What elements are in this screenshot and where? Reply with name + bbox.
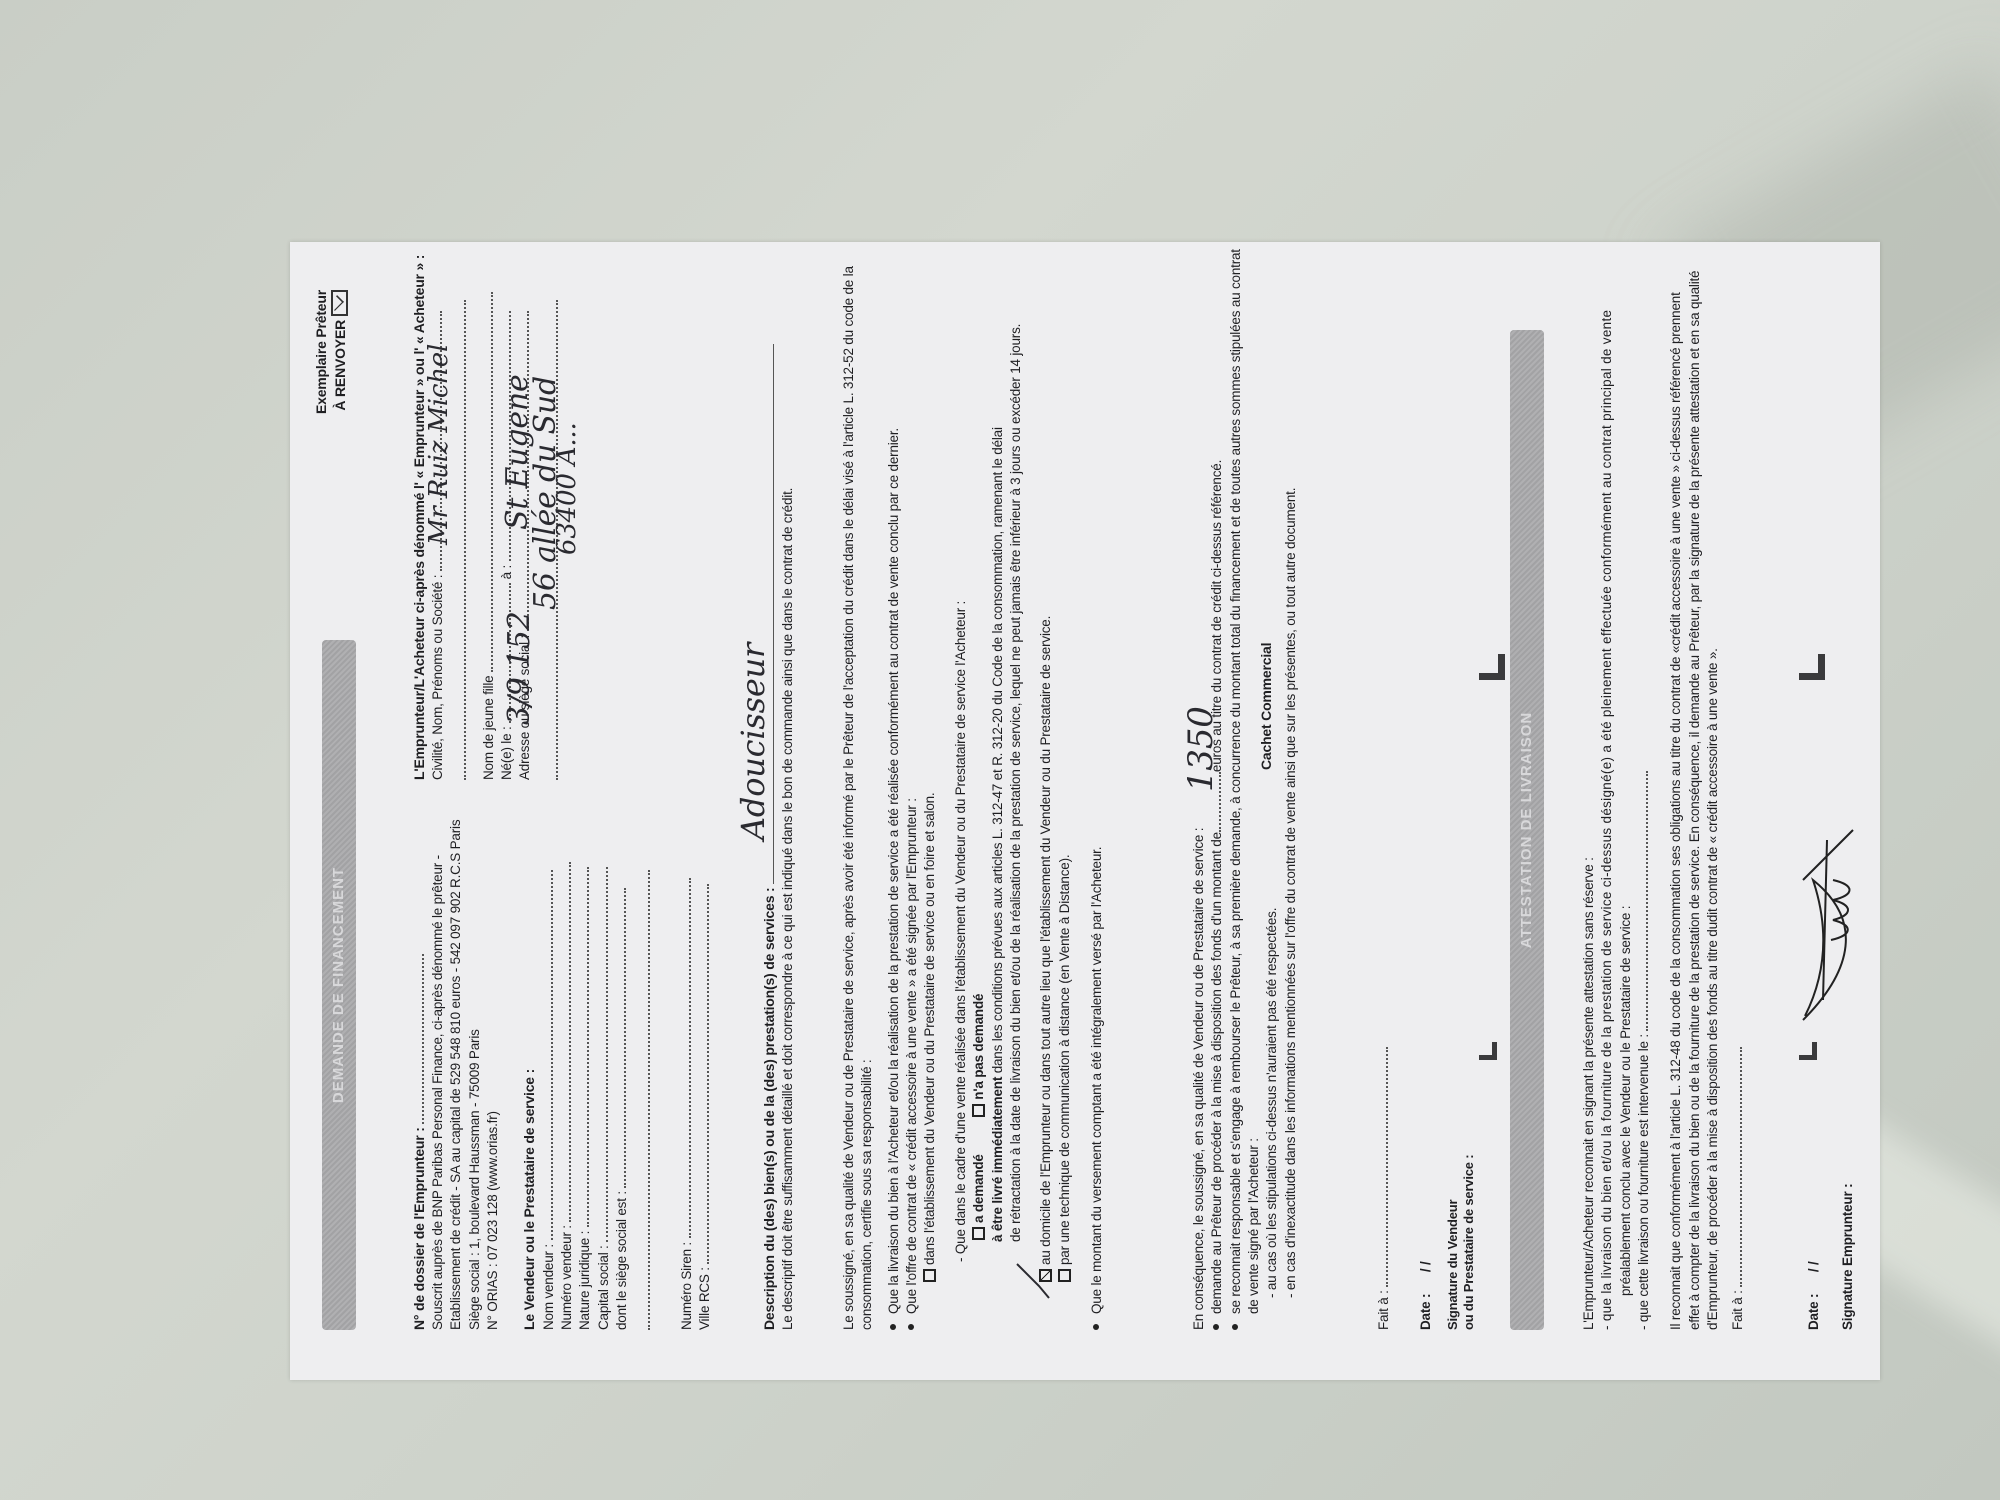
- dossier-number-field[interactable]: N° de dossier de l'Emprunteur :: [410, 830, 429, 1330]
- vendor-signature-block: Fait à : Date : / / Signature du Vendeur…: [1375, 270, 1575, 1330]
- banner-demande-financement: DEMANDE DE FINANCEMENT: [322, 640, 356, 1330]
- vendor-name-field[interactable]: Nom vendeur :: [540, 830, 558, 1330]
- vendor-heading: Le Vendeur ou le Prestataire de service …: [520, 830, 539, 1330]
- copy-label: Exemplaire Prêteur À RENVOYER: [312, 290, 350, 590]
- funds-request-line: demande au Prêteur de procéder à la mise…: [1208, 270, 1226, 1330]
- bullet-icon: [1093, 1324, 1099, 1330]
- bullet-text: Que le montant du versement comptant a é…: [1089, 847, 1104, 1314]
- vendor-number-field[interactable]: Numéro vendeur :: [558, 830, 576, 1330]
- copy-label-line-2: À RENVOYER: [331, 290, 350, 590]
- certification-intro-2: consommation, certifie sous sa responsab…: [858, 270, 876, 1330]
- dotted-line: [624, 888, 626, 1188]
- certification-bullet-2: Que l'offre de contrat de « crédit acces…: [903, 270, 921, 1330]
- lender-line-2: Etablissement de crédit - SA au capital …: [447, 830, 465, 1330]
- checkbox-a-demande[interactable]: [972, 1227, 985, 1240]
- civility-label: Civilité, Nom, Prénoms ou Société :: [430, 575, 445, 780]
- dossier-block: N° de dossier de l'Emprunteur : Souscrit…: [410, 830, 714, 1330]
- dossier-number-label: N° de dossier de l'Emprunteur :: [411, 1127, 427, 1330]
- handwritten-name: Mr Ruiz Michel: [422, 344, 457, 545]
- certification-bullet-3: Que le montant du versement comptant a é…: [1088, 270, 1106, 1330]
- liability-text-2: de vente signé par l'Acheteur :: [1245, 270, 1263, 1330]
- vendor-date-field[interactable]: Date : / /: [1417, 1261, 1435, 1330]
- head-office-label: dont le siège social est :: [614, 1191, 629, 1330]
- dotted-line: [464, 300, 466, 780]
- dotted-line: [606, 867, 608, 1242]
- dotted-line: [1386, 1047, 1388, 1287]
- description-block: Description du (des) bien(s) ou de la (d…: [760, 290, 797, 1330]
- fait-a-label: Fait à :: [1730, 1290, 1745, 1330]
- immediate-delivery-line-1: à être livré immédiatement dans les cond…: [989, 270, 1007, 1330]
- delivery-paragraph-3: d'Emprunteur, de procéder à la mise à di…: [1704, 260, 1722, 1330]
- description-label: Description du (des) bien(s) ou de la (d…: [761, 888, 777, 1330]
- funds-request-text: demande au Prêteur de procéder à la mise…: [1209, 832, 1224, 1314]
- dotted-line: [707, 884, 709, 1264]
- checkbox-distance[interactable]: [1058, 1269, 1071, 1282]
- establishment-sub-heading: - Que dans le cadre d'une vente réalisée…: [952, 270, 970, 1330]
- option-label: n'a pas demandé: [971, 994, 986, 1100]
- signature-corner-mark: [1479, 1042, 1497, 1060]
- delivery-item-1b: préalablement conclu avec le Vendeur ou …: [1617, 260, 1635, 1330]
- signature-corner-mark: [1799, 654, 1825, 680]
- siren-label: Numéro Siren :: [679, 1242, 694, 1330]
- dotted-line: [689, 878, 691, 1238]
- stamp-label: Cachet Commercial: [1257, 643, 1276, 770]
- dotted-line: [551, 870, 553, 1240]
- document-photo: DEMANDE DE FINANCEMENT Exemplaire Prêteu…: [290, 242, 1880, 1380]
- birth-date-label: Né(e) le :: [499, 726, 514, 780]
- dotted-line: [648, 870, 650, 1330]
- envelope-icon: [331, 290, 348, 316]
- delivery-intro: L'Emprunteur/Acheteur reconnait en signa…: [1580, 260, 1598, 1330]
- dotted-line: [569, 862, 571, 1222]
- certification-bullet-1: Que la livraison du bien à l'Acheteur et…: [885, 270, 903, 1330]
- borrower-signature-block: Date : / / Signature Emprunteur :: [1805, 270, 1875, 1330]
- share-capital-field[interactable]: Capital social :: [595, 830, 613, 1330]
- dotted-line: [587, 867, 589, 1227]
- description-note: Le descriptif doit être suffisamment dét…: [779, 290, 797, 1330]
- option-label: au domicile de l'Emprunteur ou dans tout…: [1038, 616, 1053, 1265]
- bullet-icon: [1232, 1324, 1238, 1330]
- delivery-paragraph-2: effet à compter de la livraison du bien …: [1686, 260, 1704, 1330]
- handwritten-amount: 1350: [1178, 706, 1224, 792]
- immediate-delivery-bold: à être livré immédiatement: [990, 1077, 1005, 1242]
- copy-label-line-1: Exemplaire Prêteur: [312, 290, 331, 590]
- vendor-signature-label: Signature du Vendeur ou du Prestataire d…: [1445, 1155, 1476, 1330]
- legal-nature-field[interactable]: Nature juridique :: [576, 830, 594, 1330]
- lender-line-4: N° ORIAS : 07 023 128 (www.orias.fr): [484, 830, 502, 1330]
- siren-field[interactable]: Numéro Siren :: [678, 830, 696, 1330]
- checkbox-na-pas-demande[interactable]: [972, 1104, 985, 1117]
- financing-request-form: DEMANDE DE FINANCEMENT Exemplaire Prêteu…: [290, 242, 1880, 1380]
- option-label: a demandé: [971, 1154, 986, 1223]
- maiden-name-label: Nom de jeune fille: [481, 676, 496, 780]
- consequence-block: En conséquence, le soussigné, en sa qual…: [1190, 270, 1300, 1330]
- borrower-signature-label: Signature Emprunteur :: [1839, 1184, 1857, 1330]
- certification-intro-1: Le soussigné, en sa qualité de Vendeur o…: [840, 270, 858, 1330]
- delivery-paragraph-1: Il reconnait que conformément à l'articl…: [1667, 260, 1685, 1330]
- dotted-line: [1740, 1047, 1742, 1287]
- delivery-date-field[interactable]: - que cette livraison ou fourniture est …: [1635, 260, 1653, 1330]
- vendor-name-label: Nom vendeur :: [541, 1244, 556, 1330]
- option-home[interactable]: au domicile de l'Emprunteur ou dans tout…: [1037, 270, 1055, 1330]
- handwritten-description: Adoucisseur: [732, 643, 776, 840]
- signature-corner-mark: [1479, 654, 1505, 680]
- handwritten-address-2: 63400 A...: [550, 422, 585, 555]
- delivery-item-1: - que la livraison du bien et/ou la four…: [1598, 260, 1616, 1330]
- delivery-date-label: - que cette livraison ou fourniture est …: [1636, 1034, 1651, 1330]
- date-separators: / /: [1418, 1261, 1433, 1272]
- handwritten-birth-date: 3/9 152: [500, 611, 541, 725]
- option-na-pas-demande[interactable]: n'a pas demandé: [971, 994, 986, 1117]
- dotted-line: [1646, 771, 1648, 1031]
- borrower-place-field[interactable]: Fait à :: [1729, 260, 1747, 1330]
- borrower-date-field[interactable]: Date : / /: [1805, 1261, 1823, 1330]
- dotted-line: [491, 292, 493, 672]
- option-establishment[interactable]: dans l'établissement du Vendeur ou du Pr…: [921, 270, 939, 1330]
- option-distance[interactable]: par une technique de communication à dis…: [1056, 270, 1074, 1330]
- banner-attestation-livraison: ATTESTATION DE LIVRAISON: [1510, 330, 1544, 1330]
- immediate-delivery-text: dans les conditions prévues aux articles…: [990, 427, 1005, 1077]
- bullet-text: Que l'offre de contrat de « crédit acces…: [904, 798, 919, 1314]
- borrower-signature-scribble: [1793, 820, 1873, 1030]
- immediate-delivery-line-2: de rétractation à la date de livraison d…: [1007, 270, 1025, 1330]
- lender-line-1: Souscrit auprès de BNP Paribas Personal …: [429, 830, 447, 1330]
- liability-case-1: - au cas où les stipulations ci-dessus n…: [1263, 270, 1281, 1330]
- return-label: À RENVOYER: [332, 320, 348, 411]
- date-label: Date :: [1418, 1294, 1433, 1330]
- signature-label-line-1: Signature du Vendeur: [1445, 1155, 1461, 1330]
- delivery-request-options: a demandé n'a pas demandé: [970, 270, 988, 1330]
- birth-place-label: à :: [499, 565, 514, 579]
- checkbox-establishment[interactable]: [923, 1269, 936, 1282]
- option-a-demande[interactable]: a demandé: [971, 1154, 986, 1240]
- legal-nature-label: Nature juridique :: [577, 1231, 592, 1330]
- rcs-city-field[interactable]: Ville RCS :: [696, 830, 714, 1330]
- liability-line: se reconnait responsable et s'engage à r…: [1227, 270, 1245, 1330]
- bullet-icon: [890, 1324, 896, 1330]
- delivery-block: L'Emprunteur/Acheteur reconnait en signa…: [1580, 260, 1747, 1330]
- consequence-intro: En conséquence, le soussigné, en sa qual…: [1190, 270, 1208, 1330]
- rcs-city-label: Ville RCS :: [697, 1267, 712, 1330]
- vendor-number-label: Numéro vendeur :: [559, 1225, 574, 1330]
- check-mark-icon: [1015, 1260, 1055, 1300]
- bullet-text: Que la livraison du bien à l'Acheteur et…: [886, 428, 901, 1314]
- date-separators: / /: [1806, 1261, 1821, 1272]
- certification-block: Le soussigné, en sa qualité de Vendeur o…: [840, 270, 1106, 1330]
- signature-corner-mark: [1799, 1042, 1817, 1060]
- date-label: Date :: [1806, 1294, 1821, 1330]
- borrower-block: L'Emprunteur/L'Acheteur ci-après dénommé…: [410, 280, 563, 780]
- share-capital-label: Capital social :: [596, 1245, 611, 1330]
- fait-a-label: Fait à :: [1376, 1290, 1391, 1330]
- liability-case-2: - en cas d'inexactitude dans les informa…: [1282, 270, 1300, 1330]
- head-office-field[interactable]: dont le siège social est :: [613, 830, 631, 1330]
- bullet-icon: [1213, 1324, 1219, 1330]
- maiden-name-field[interactable]: Nom de jeune fille: [480, 280, 498, 780]
- signature-label-line-2: ou du Prestataire de service :: [1461, 1155, 1477, 1330]
- bullet-icon: [908, 1324, 914, 1330]
- head-office-line-2[interactable]: [637, 830, 655, 1330]
- option-label: dans l'établissement du Vendeur ou du Pr…: [922, 793, 937, 1265]
- lender-line-3: Siège social : 1, boulevard Haussman - 7…: [466, 830, 484, 1330]
- option-label: par une technique de communication à dis…: [1057, 855, 1072, 1265]
- vendor-place-field[interactable]: Fait à :: [1375, 1047, 1393, 1330]
- liability-text: se reconnait responsable et s'engage à r…: [1228, 249, 1243, 1314]
- dotted-line: [422, 954, 424, 1124]
